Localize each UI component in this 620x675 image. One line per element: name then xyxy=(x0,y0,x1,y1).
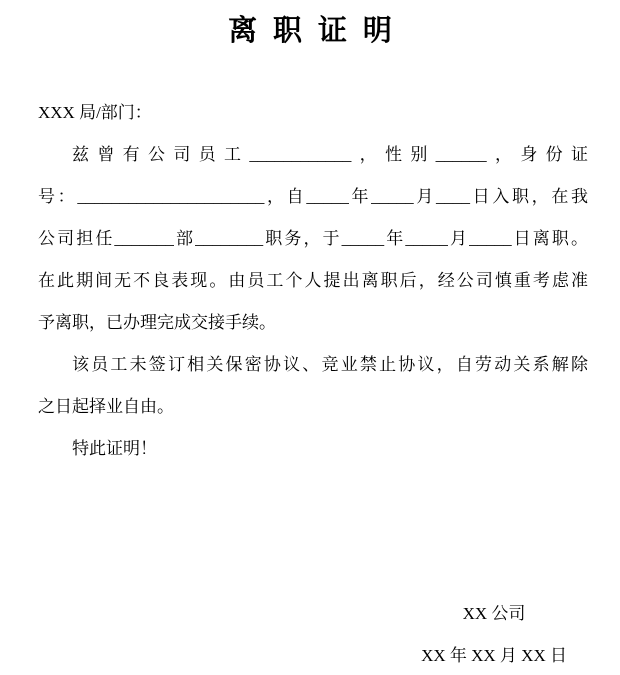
body-line-free-employment: 之日起择业自由。 xyxy=(38,386,588,428)
body-line-department-position-leave-date: 公司担任_______部________职务，于_____年_____月____… xyxy=(38,218,588,260)
body-line-performance-statement: 在此期间无不良表现。由员工个人提出离职后，经公司慎重考虑准 xyxy=(38,260,588,302)
signature-block: XX 公司 XX 年 XX 月 XX 日 xyxy=(421,593,567,675)
body-line-employee-name-gender-id: 兹曾有公司员工____________，性别______，身份证 xyxy=(38,134,588,176)
document-page: 离职证明 XXX 局/部门： 兹曾有公司员工____________，性别___… xyxy=(0,0,620,675)
signature-company: XX 公司 xyxy=(421,593,567,635)
body-line-id-number-entry-date: 号：______________________，自_____年_____月__… xyxy=(38,176,588,218)
signature-date: XX 年 XX 月 XX 日 xyxy=(421,635,567,675)
document-body: XXX 局/部门： 兹曾有公司员工____________，性别______，身… xyxy=(38,92,588,470)
salutation-line: XXX 局/部门： xyxy=(38,92,588,134)
body-line-hereby-certified: 特此证明！ xyxy=(38,428,588,470)
body-line-handover-complete: 予离职，已办理完成交接手续。 xyxy=(38,302,588,344)
document-title: 离职证明 xyxy=(0,0,620,50)
body-line-no-agreements: 该员工未签订相关保密协议、竞业禁止协议，自劳动关系解除 xyxy=(38,344,588,386)
